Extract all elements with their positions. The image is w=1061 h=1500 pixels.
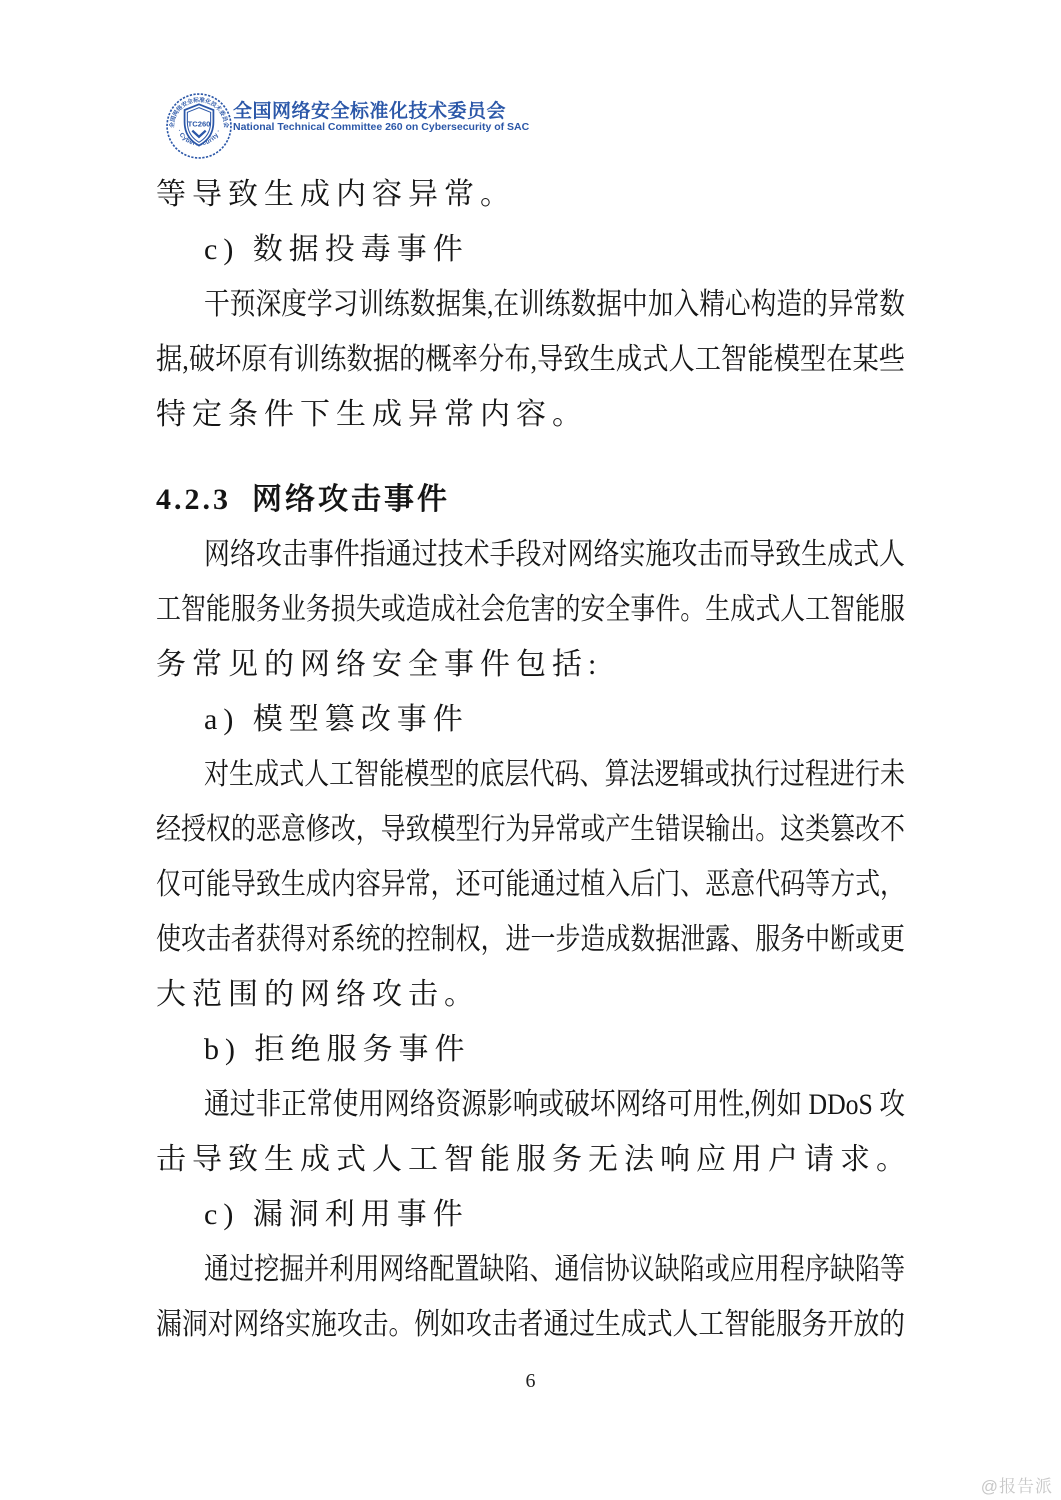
paragraph-line: 通过挖掘并利用网络配置缺陷、通信协议缺陷或应用程序缺陷等 [156, 1242, 905, 1297]
paragraph-line: 网络攻击事件指通过技术手段对网络实施攻击而导致生成式人 [156, 527, 905, 582]
org-title-en: National Technical Committee 260 on Cybe… [233, 121, 529, 133]
paragraph-line: 等导致生成内容异常。 [156, 167, 905, 222]
org-title-zh: 全国网络安全标准化技术委员会 [233, 96, 506, 123]
line-text: 漏洞对网络实施攻击。例如攻击者通过生成式人工智能服务开放的 [156, 1297, 905, 1352]
line-text: 网络攻击事件指通过技术手段对网络实施攻击而导致生成式人 [204, 527, 905, 582]
line-text: 4.2.3 网络攻击事件 [156, 472, 450, 527]
line-text: c) 漏洞利用事件 [204, 1187, 469, 1242]
line-text: 击导致生成式人工智能服务无法响应用户请求。 [156, 1132, 912, 1187]
line-text: 务常见的网络安全事件包括: [156, 637, 602, 692]
line-text: 工智能服务业务损失或造成社会危害的安全事件。生成式人工智能服 [156, 582, 905, 637]
paragraph-line: 漏洞对网络实施攻击。例如攻击者通过生成式人工智能服务开放的 [156, 1297, 905, 1352]
line-text: 仅可能导致生成内容异常，还可能通过植入后门、恶意代码等方式， [156, 857, 905, 912]
paragraph-line: 对生成式人工智能模型的底层代码、算法逻辑或执行过程进行未 [156, 747, 905, 802]
line-text: 干预深度学习训练数据集,在训练数据中加入精心构造的异常数 [204, 277, 905, 332]
paragraph-line: 务常见的网络安全事件包括: [156, 637, 905, 692]
paragraph-line: 工智能服务业务损失或造成社会危害的安全事件。生成式人工智能服 [156, 582, 905, 637]
paragraph-line: 经授权的恶意修改，导致模型行为异常或产生错误输出。这类篡改不 [156, 802, 905, 857]
list-item-line: a) 模型篡改事件 [156, 692, 905, 747]
document-page: 全国网络安全标准化技术委员会 · Cybersecurity · TC260 全… [0, 0, 1061, 1500]
paragraph-line: 仅可能导致生成内容异常，还可能通过植入后门、恶意代码等方式， [156, 857, 905, 912]
line-text: b) 拒绝服务事件 [204, 1022, 471, 1077]
page-number: 6 [0, 1370, 1061, 1393]
seal-badge-text: TC260 [188, 120, 211, 129]
paragraph-line: 特定条件下生成异常内容。 [156, 387, 905, 442]
paragraph-line: 击导致生成式人工智能服务无法响应用户请求。 [156, 1132, 905, 1187]
line-text: 大范围的网络攻击。 [156, 967, 480, 1022]
line-text: c) 数据投毒事件 [204, 222, 469, 277]
line-text: 使攻击者获得对系统的控制权，进一步造成数据泄露、服务中断或更 [156, 912, 905, 967]
paragraph-line: 干预深度学习训练数据集,在训练数据中加入精心构造的异常数 [156, 277, 905, 332]
line-text: 特定条件下生成异常内容。 [156, 387, 588, 442]
list-item-line: b) 拒绝服务事件 [156, 1022, 905, 1077]
line-text: 通过挖掘并利用网络配置缺陷、通信协议缺陷或应用程序缺陷等 [204, 1242, 905, 1297]
paragraph-line: 使攻击者获得对系统的控制权，进一步造成数据泄露、服务中断或更 [156, 912, 905, 967]
line-text: 据,破坏原有训练数据的概率分布,导致生成式人工智能模型在某些 [156, 332, 905, 387]
paragraph-line: 大范围的网络攻击。 [156, 967, 905, 1022]
line-text: 经授权的恶意修改，导致模型行为异常或产生错误输出。这类篡改不 [156, 802, 905, 857]
line-text: a) 模型篡改事件 [204, 692, 469, 747]
line-text: 等导致生成内容异常。 [156, 167, 516, 222]
list-item-line: c) 数据投毒事件 [156, 222, 905, 277]
paragraph-line: 据,破坏原有训练数据的概率分布,导致生成式人工智能模型在某些 [156, 332, 905, 387]
document-body: 等导致生成内容异常。c) 数据投毒事件干预深度学习训练数据集,在训练数据中加入精… [156, 167, 905, 1352]
line-text: 对生成式人工智能模型的底层代码、算法逻辑或执行过程进行未 [204, 747, 905, 802]
list-item-line: c) 漏洞利用事件 [156, 1187, 905, 1242]
tc260-seal-icon: 全国网络安全标准化技术委员会 · Cybersecurity · TC260 [165, 92, 233, 160]
watermark: @报告派 [981, 1472, 1053, 1497]
line-text: 通过非正常使用网络资源影响或破坏网络可用性,例如 DDoS 攻 [204, 1077, 905, 1132]
paragraph-line: 通过非正常使用网络资源影响或破坏网络可用性,例如 DDoS 攻 [156, 1077, 905, 1132]
section-heading: 4.2.3 网络攻击事件 [156, 472, 905, 527]
